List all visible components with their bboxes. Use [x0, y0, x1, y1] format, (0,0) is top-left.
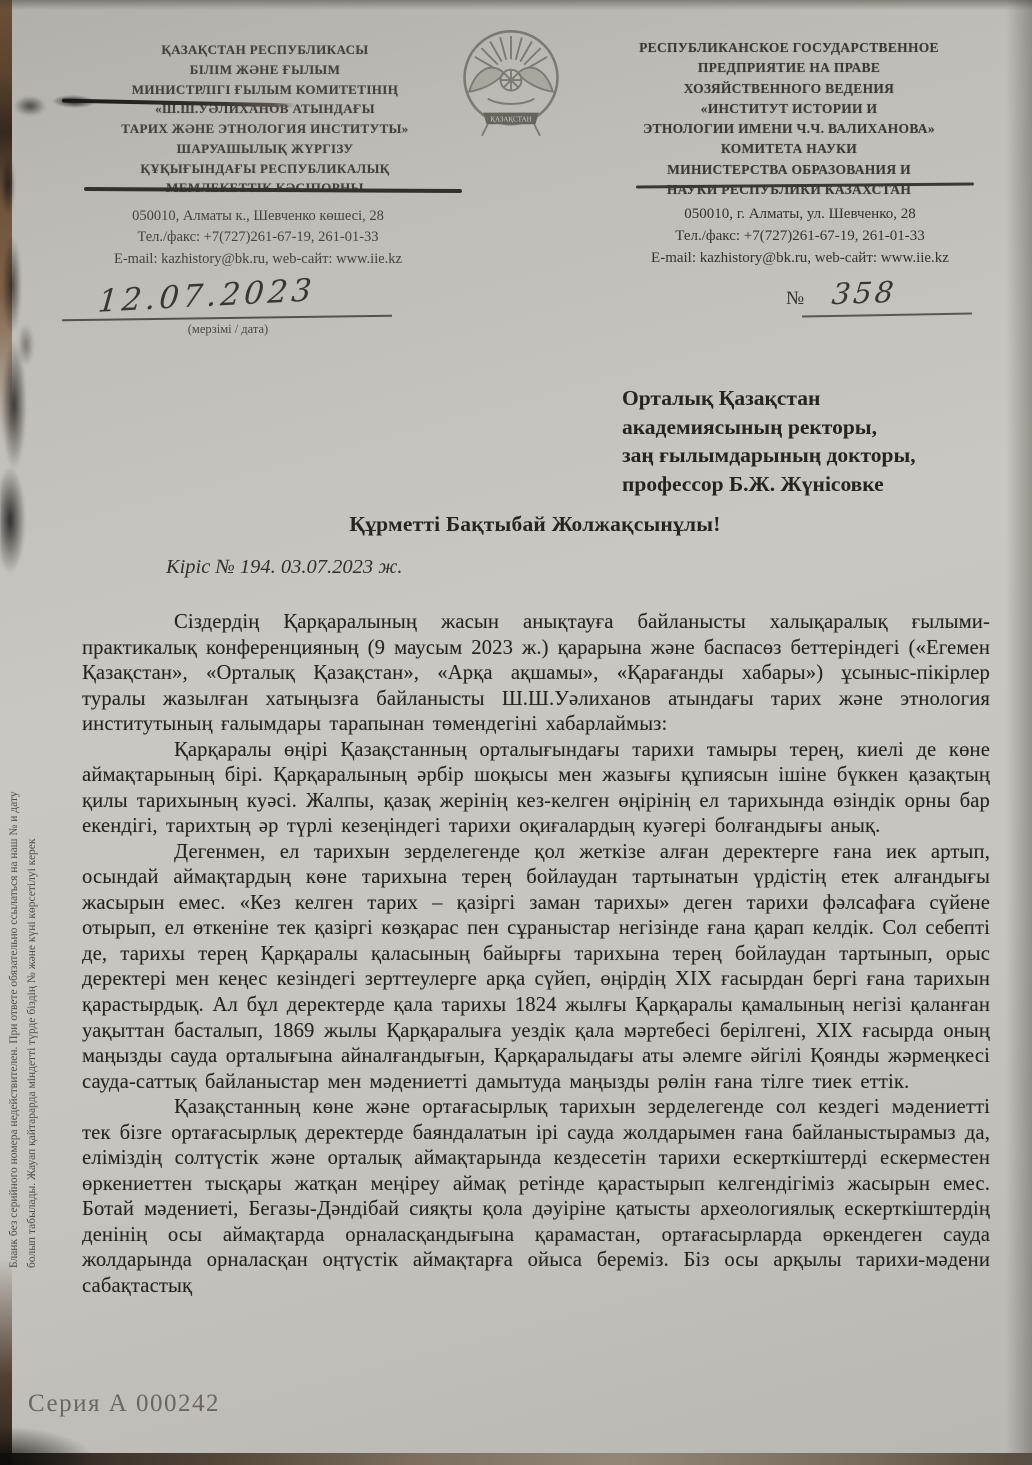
letterhead-org-kk: ҚАЗАҚСТАН РЕСПУБЛИКАСЫ БІЛІМ ЖӘНЕ ҒЫЛЫМ … [70, 40, 460, 198]
letterhead-org-ru: РЕСПУБЛИКАНСКОЕ ГОСУДАРСТВЕННОЕ ПРЕДПРИЯ… [588, 38, 990, 200]
ref-number-underline [802, 313, 972, 318]
scan-artifact-right-shade [1006, 0, 1032, 1465]
scanned-letter-page: ҚАЗАҚСТАН РЕСПУБЛИКАСЫ БІЛІМ ЖӘНЕ ҒЫЛЫМ … [0, 0, 1032, 1465]
scan-artifact-top-shade [0, 0, 1032, 10]
scan-artifact-smudges [0, 90, 46, 630]
salutation-line: Құрметті Бақтыбай Жолжақсынұлы! [82, 512, 988, 537]
letter-body: Сіздердің Қарқаралының жасын анықтауға б… [82, 610, 990, 1299]
body-paragraph: Қарқаралы өңірі Қазақстанның орталығында… [82, 738, 990, 840]
recipient-block: Орталық Қазақстан академиясының ректоры,… [622, 384, 962, 498]
kazakhstan-emblem-icon: ҚАЗАҚСТАН [452, 22, 570, 144]
series-number: Серия А 000242 [28, 1390, 220, 1418]
handwritten-date: 12.07.2023 [97, 272, 317, 320]
date-caption: (мерзімі / дата) [118, 322, 338, 337]
address-block-ru: 050010, г. Алматы, ул. Шевченко, 28 Тел.… [600, 204, 1000, 269]
emblem-banner-text: ҚАЗАҚСТАН [490, 115, 531, 123]
address-block-kk: 050010, Алматы к., Шевченко көшесі, 28 Т… [56, 206, 460, 270]
scan-artifact-bottom-corner [0, 1417, 130, 1465]
handwritten-ref-number: 358 [830, 275, 898, 311]
body-paragraph: Сіздердің Қарқаралының жасын анықтауға б… [82, 610, 990, 738]
ref-number-sign: № [786, 288, 804, 310]
incoming-reference-note: Кіріс № 194. 03.07.2023 ж. [166, 556, 403, 579]
body-paragraph: Дегенмен, ел тарихын зерделегенде қол же… [82, 840, 990, 1095]
body-paragraph: Қазақстанның көне және ортағасырлық тари… [82, 1095, 990, 1299]
scan-artifact-bottom-edge [0, 1453, 1032, 1465]
